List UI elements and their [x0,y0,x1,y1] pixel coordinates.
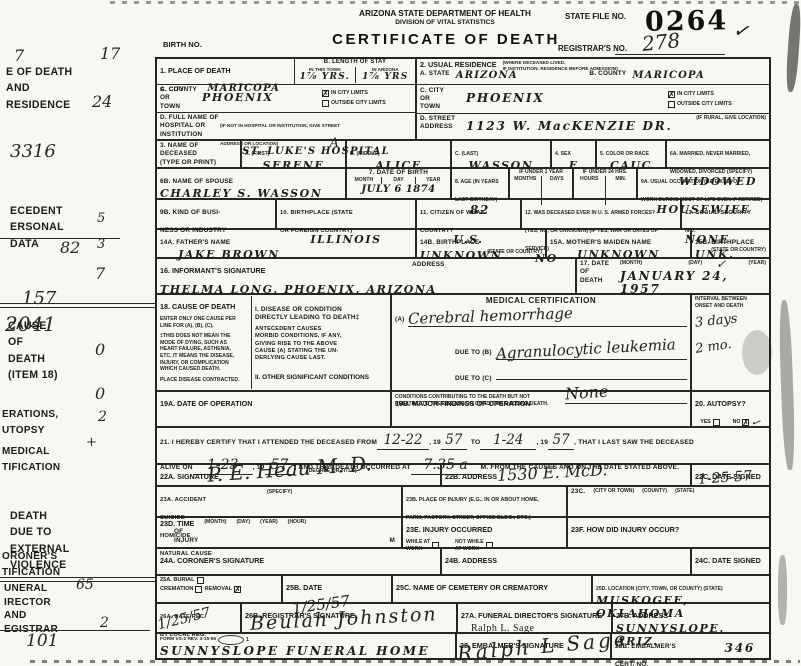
injury-location-label: 23C. [571,488,585,496]
injury-occurred-label: 23E. INJURY OCCURRED [406,525,492,534]
row-cause-of-death: 18. CAUSE OF DEATH ENTER ONLY ONE CAUSE … [157,295,769,392]
state-value: ARIZONA [456,70,590,81]
dob-value: JULY 6 1874 [347,184,450,195]
cause-b-value: Agranulocytic leukemia [495,337,675,361]
length-of-stay-title: B. LENGTH OF STAY [295,59,415,67]
registrar-line [615,54,725,55]
stay-town-value: 1⅞ YRS. [295,73,355,83]
injury-day-hint: (DAY) [236,519,250,528]
form-number: FORM VS-2 REV. 3-15-55 [160,637,216,643]
name-of-deceased-label: 3. NAME OF DECEASED (TYPE OR PRINT) [157,141,242,167]
margin-note: 0 [95,342,105,358]
disease-condition-label: I. DISEASE OR CONDITION DIRECTLY LEADING… [255,306,359,323]
cause-instruction-3: PLACE DISEASE CONTRACTED. [160,377,249,384]
informant-label: 16. INFORMANT'S SIGNATURE [160,266,265,275]
date-of-death-value: JANUARY 24, 1957 [620,270,766,296]
row-physician-signature: 22A. SIGNATURE (DEGREE OR TITLE) P. E. H… [157,465,769,487]
residence-in-city-option: ✗ IN CITY LIMITS [666,91,766,98]
burial-checkbox [197,577,204,584]
funeral-home-name: SUNNYSLOPE FUNERAL HOME [160,645,452,658]
dod-checkmark: ✓ [716,258,726,270]
dod-month-hint: (MONTH) [620,260,642,267]
under-1-year-label: IF UNDER 1 YEAR [510,169,572,176]
time-of-injury-of: OF [174,528,398,536]
how-injury-occurred-label: 23F. HOW DID INJURY OCCUR? [571,525,679,534]
row-injury-type: 23A. ACCIDENT SUICIDE HOMICIDE NATURAL C… [157,487,769,518]
residence-outside-city-option: OUTSIDE CITY LIMITS [666,101,766,108]
injury-state-hint: (STATE) [675,488,694,496]
margin-rule [0,581,155,582]
margin-rule [0,577,155,578]
cause-b-prefix: DUE TO (B) [455,349,492,357]
am-pm-label: M [389,537,395,545]
margin-note: + [86,436,97,449]
margin-note: 157 [22,290,56,308]
certify-to-year: 57 [553,432,570,448]
certify-from-year: 57 [445,432,462,448]
certify-to-date: 1-24 [493,432,523,448]
margin-note: 2 [98,410,107,424]
autopsy-no-label: NO [733,419,741,425]
dob-label: 7. DATE OF BIRTH [347,169,450,177]
in-city-limits-checkbox: ✗ [322,90,329,97]
row-informant-dod: 16. INFORMANT'S SIGNATURE ADDRESS THELMA… [157,259,769,295]
scan-noise-bottom [30,660,800,663]
spouse-value: CHARLEY S. WASSON [160,188,342,201]
autopsy-no-checkbox: ✗ [742,419,749,426]
operation-findings-label: 19B. MAJOR FINDINGS OF OPERATION [395,399,531,408]
medical-certification-heading: MEDICAL CERTIFICATION [395,296,687,306]
residence-county-value: MARICOPA [632,70,766,81]
margin-note: 17 [100,46,120,62]
document-title: CERTIFICATE OF DEATH [318,31,574,49]
place-of-death-title: 1. PLACE OF DEATH [160,66,231,75]
margin-note: 5 [97,212,105,225]
margin-note: 7 [14,48,24,64]
cemetery-label: 25C. NAME OF CEMETERY OR CREMATORY [396,583,548,592]
interval-b-value: 2 mo. [694,333,766,356]
cause-instruction-1: ENTER ONLY ONE CAUSE PER LINE FOR (A), (… [160,316,249,329]
coroner-address-label: 24B. ADDRESS [445,556,497,565]
cremation-label: CREMATION [160,586,193,593]
department-name: ARIZONA STATE DEPARTMENT OF HEALTH [320,9,570,19]
coroner-signature-label: 24A. CORONER'S SIGNATURE [160,556,264,565]
state-file-checkmark: ✓ [732,21,750,42]
row-embalmer: FORM VS-2 REV. 3-15-55 1 SUNNYSLOPE FUNE… [157,634,769,658]
stray-mark: A [330,137,339,150]
margin-coroner-certification: ORONER'S TIFICATION [2,549,60,580]
middle-name-label: B. (MIDDLE) [350,151,379,157]
residence-in-city-label: IN CITY LIMITS [677,91,714,97]
margin-note: 0 [95,386,105,402]
residence-outside-city-checkbox [668,101,675,108]
certificate-form: 1. PLACE OF DEATH A. COUNTY MARICOPA B. … [155,57,771,660]
physician-address-label: 22B. ADDRESS [445,472,497,481]
cause-a-value: Cerebral hemorrhage [408,306,573,327]
row-coroner: 24A. CORONER'S SIGNATURE 24B. ADDRESS 24… [157,549,769,576]
margin-decedent-data: ECEDENT ERSONAL DATA [10,203,64,252]
in-city-limits-label: IN CITY LIMITS [331,90,368,96]
margin-funeral-registrar: UNERAL IRECTOR AND EGISTRAR [4,582,58,636]
specify-hint: (SPECIFY) [267,489,292,496]
state-file-label: STATE FILE NO. [565,12,626,22]
coroner-date-signed-label: 24C. DATE SIGNED [695,556,761,565]
embalmer-signature-value: Ralph L Sage [456,629,629,664]
disposition-date-label: 25B. DATE [286,583,322,592]
usual-residence-title: 2. USUAL RESIDENCE [420,60,497,69]
certify-text-3: TO [471,439,480,448]
cause-c-prefix: DUE TO (C) [455,375,492,383]
disposition-location-label: 25D. LOCATION (CITY, TOWN, OR COUNTY) (S… [596,586,723,592]
date-of-death-label: 17. DATE OF DEATH [580,260,620,292]
margin-note: 82 [60,240,80,256]
mother-name-label: 15A. MOTHER'S MAIDEN NAME [550,239,651,246]
stay-arizona-value: 1⅞ YRS [356,73,416,83]
scan-smudge [778,300,796,470]
time-of-injury-label: 23D. TIME [160,519,194,528]
margin-note: 7 [95,266,105,282]
margin-note: 3316 [10,143,56,161]
dob-year-label: YEAR [416,177,450,184]
margin-rule [0,307,155,308]
margin-note: 24 [92,94,112,110]
dod-year-hint: (YEAR) [748,260,766,267]
city-town-label: C. CITY OR TOWN [160,86,202,111]
margin-rule [0,238,120,239]
certify-text-1: 21. I HEREBY CERTIFY THAT I ATTENDED THE… [160,439,377,448]
time-of-injury-injury: INJURY [174,537,398,545]
margin-note: 3 [97,238,105,251]
state-label: A. STATE [420,70,450,81]
death-certificate-scan: BIRTH NO. ARIZONA STATE DEPARTMENT OF HE… [0,0,801,666]
removal-checkbox: ✗ [234,586,241,593]
interval-label: INTERVAL BETWEEN ONSET AND DEATH [695,296,766,309]
embalmer-cert-value: 346 [725,642,755,655]
residence-city-value: PHOENIX [466,92,666,105]
form-number-suffix: 1 [246,637,249,644]
last-name-label: C. (LAST) [455,151,478,157]
residence-county-label: B. COUNTY [589,70,626,81]
margin-note: 2 [100,616,109,630]
autopsy-label: 20. AUTOPSY? [695,399,746,408]
cause-of-death-title: 18. CAUSE OF DEATH [160,302,235,311]
scan-smudge [778,555,787,625]
registrar-number-handwritten: 278 [641,30,681,54]
dob-day-label: DAY [382,177,417,184]
other-conditions-label: II. OTHER SIGNIFICANT CONDITIONS [255,374,369,382]
margin-place-of-death: E OF DEATH AND RESIDENCE [6,64,72,113]
margin-note: 101 [26,633,58,650]
scan-smudge [785,4,801,93]
first-name-label: A. (FIRST) [245,151,270,157]
funeral-director-address-label: 27B. ADDRESS [616,611,668,620]
in-city-limits-option: ✗ IN CITY LIMITS [320,90,412,97]
margin-rule [0,303,155,304]
injury-city-hint: (CITY OR TOWN) [593,488,634,496]
dob-month-label: MONTH [347,177,382,184]
dod-day-hint: (DAY) [688,260,702,267]
scan-noise-top [110,1,800,4]
row-parents: 14A. FATHER'S NAME JAKE BROWN 14B. BIRTH… [157,230,769,259]
interval-a-value: 3 days [695,310,767,330]
sex-label: 4. SEX [555,151,571,157]
certify-text-4: , 19 [536,439,548,448]
cause-instruction-2: ‡THIS DOES NOT MEAN THE MODE OF DYING, S… [160,333,249,373]
injury-month-hint: (MONTH) [204,519,226,528]
outside-city-limits-option: OUTSIDE CITY LIMITS [320,100,412,107]
spouse-label: 6B. NAME OF SPOUSE [160,178,233,185]
margin-note: 2041 [5,314,56,334]
street-address-label: D. STREET ADDRESS [420,115,466,138]
cause-a-prefix: (A) [395,316,404,324]
burial-label: 25A. BURIAL [160,577,195,584]
division-name: DIVISION OF VITAL STATISTICS [320,19,570,27]
autopsy-yes-checkbox [713,419,720,426]
row-registrar-director: 26A. DATE REC. BY LOCAL REG. 1/25/57 26B… [157,604,769,634]
father-birthplace-label: 14B. BIRTHPLACE [420,239,479,246]
injury-county-hint: (COUNTY) [642,488,667,496]
row-name: 3. NAME OF DECEASED (TYPE OR PRINT) A. (… [157,141,769,169]
row-place-residence: 1. PLACE OF DEATH A. COUNTY MARICOPA B. … [157,59,769,141]
informant-address-label: ADDRESS [412,261,445,269]
registrar-no-label: REGISTRAR'S NO. [558,44,627,54]
antecedent-causes-label: ANTECEDENT CAUSES MORBID CONDITIONS, IF … [255,326,342,362]
margin-operations-autopsy: ERATIONS, UTOPSY [2,407,58,438]
date-of-operation-label: 19A. DATE OF OPERATION [160,399,252,408]
physician-address-value: 1530 E. McD. [497,462,608,484]
cause-c-blank [496,370,687,380]
row-operation-autopsy: 19A. DATE OF OPERATION 19B. MAJOR FINDIN… [157,392,769,428]
certify-text-2: , 19 [429,439,441,448]
injury-hour-hint: (HOUR) [288,519,306,528]
outside-city-limits-checkbox [322,100,329,107]
injury-year-hint: (YEAR) [260,519,278,528]
outside-city-limits-label: OUTSIDE CITY LIMITS [331,100,386,106]
autopsy-yes-label: YES [700,419,710,425]
certify-from-date: 12-22 [384,432,423,448]
row-personal: 9B. KIND OF BUSI- NESS OR INDUSTRY 10. B… [157,200,769,230]
mother-birthplace-label: 15B. BIRTHPLACE [695,239,754,246]
row-spouse: 6B. NAME OF SPOUSE CHARLEY S. WASSON 7. … [157,169,769,200]
margin-medical-certification: MEDICAL TIFICATION [2,444,60,475]
registrar-signature-value: Beulah Johnston [250,605,438,634]
residence-in-city-checkbox: ✗ [668,91,675,98]
cremation-checkbox [195,586,202,593]
city-value: PHOENIX [202,92,320,105]
date-received-value: 1/25/57 [156,606,212,633]
row-disposition: 25A. BURIAL CREMATION REMOVAL ✗ 25B. DAT… [157,576,769,604]
residence-city-label: C. CITY OR TOWN [420,87,466,112]
race-label: 5. COLOR OR RACE [600,151,649,157]
row-injury-time: 23D. TIME (MONTH) (DAY) (YEAR) (HOUR) OF… [157,518,769,549]
date-signed-value: 1-25-57 [698,469,753,487]
residence-outside-city-label: OUTSIDE CITY LIMITS [677,101,732,107]
under-24-hrs-label: IF UNDER 24 HRS. [574,169,636,176]
certify-text-5: , THAT I LAST SAW THE DECEASED [574,439,694,448]
funeral-director-signature-label: 27A. FUNERAL DIRECTOR'S SIGNATURE [461,611,602,620]
father-name-label: 14A. FATHER'S NAME [160,239,230,246]
margin-rule [0,630,150,631]
birth-no-label: BIRTH NO. [163,40,202,49]
removal-label: REMOVAL [204,586,232,593]
